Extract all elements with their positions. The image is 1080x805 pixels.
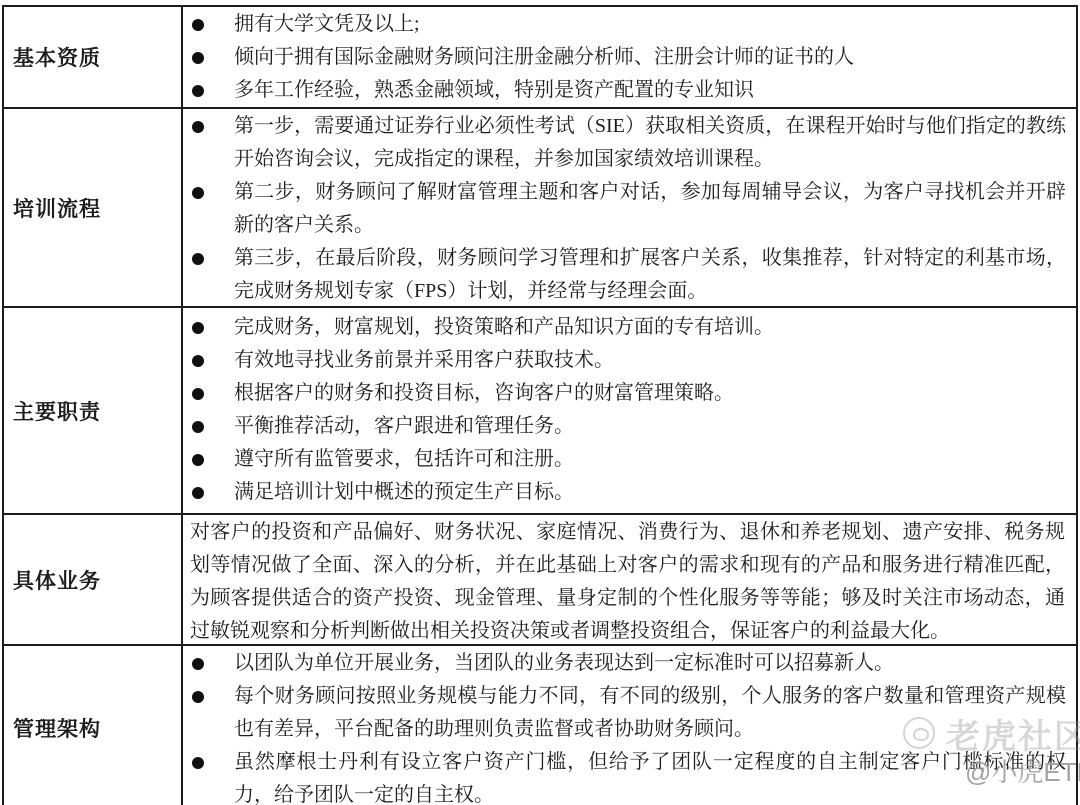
row-header: 管理架构: [4, 646, 183, 805]
bullet-list: 完成财务，财富规划，投资策略和产品知识方面的专有培训。有效地寻找业务前景并采用客…: [183, 311, 1070, 509]
bullet-icon: [192, 253, 204, 265]
list-item: 每个财务顾问按照业务规模与能力不同，有不同的级别，个人服务的客户数量和管理资产规…: [183, 680, 1070, 746]
bullet-icon: [192, 355, 204, 367]
list-item-text: 遵守所有监管要求，包括许可和注册。: [234, 448, 574, 470]
bullet-list: 拥有大学文凭及以上;倾向于拥有国际金融财务顾问注册金融分析师、注册会计师的证书的…: [183, 8, 1070, 107]
bullet-icon: [192, 658, 204, 670]
bullet-icon: [192, 487, 204, 499]
list-item-text: 满足培训计划中概述的预定生产目标。: [234, 481, 574, 503]
watermark-community-name: 老虎社区: [946, 718, 1080, 756]
list-item: 多年工作经验，熟悉金融领域，特别是资产配置的专业知识: [183, 74, 1070, 107]
bullet-icon: [192, 19, 204, 31]
row-content: 以团队为单位开展业务，当团队的业务表现达到一定标准时可以招募新人。每个财务顾问按…: [183, 646, 1076, 805]
bullet-icon: [192, 421, 204, 433]
list-item-text: 完成财务，财富规划，投资策略和产品知识方面的专有培训。: [234, 316, 774, 338]
table-row: 基本资质 拥有大学文凭及以上;倾向于拥有国际金融财务顾问注册金融分析师、注册会计…: [4, 7, 1076, 107]
list-item-text: 拥有大学文凭及以上;: [234, 13, 420, 35]
list-item: 满足培训计划中概述的预定生产目标。: [183, 476, 1070, 509]
row-paragraph: 对客户的投资和产品偏好、财务状况、家庭情况、消费行为、退休和养老规划、遗产安排、…: [183, 516, 1070, 644]
row-content: 对客户的投资和产品偏好、财务状况、家庭情况、消费行为、退休和养老规划、遗产安排、…: [183, 515, 1076, 644]
list-item: 第二步，财务顾问了解财富管理主题和客户对话，参加每周辅导会议，为客户寻找机会并开…: [183, 176, 1070, 242]
page: 基本资质 拥有大学文凭及以上;倾向于拥有国际金融财务顾问注册金融分析师、注册会计…: [0, 0, 1080, 805]
list-item-text: 多年工作经验，熟悉金融领域，特别是资产配置的专业知识: [234, 79, 754, 101]
list-item: 虽然摩根士丹利有设立客户资产门槛，但给予了团队一定程度的自主制定客户门槛标准的权…: [183, 746, 1070, 805]
list-item-text: 第一步，需要通过证券行业必须性考试（SIE）获取相关资质，在课程开始时与他们指定…: [234, 115, 1066, 170]
bullet-icon: [192, 388, 204, 400]
bullet-icon: [192, 121, 204, 133]
list-item: 拥有大学文凭及以上;: [183, 8, 1070, 41]
bullet-list: 第一步，需要通过证券行业必须性考试（SIE）获取相关资质，在课程开始时与他们指定…: [183, 110, 1070, 306]
table-row: 培训流程 第一步，需要通过证券行业必须性考试（SIE）获取相关资质，在课程开始时…: [4, 107, 1076, 306]
list-item: 有效地寻找业务前景并采用客户获取技术。: [183, 344, 1070, 377]
row-header: 主要职责: [4, 308, 183, 513]
bullet-icon: [192, 52, 204, 64]
bullet-icon: [192, 454, 204, 466]
bullet-icon: [192, 691, 204, 703]
list-item-text: 有效地寻找业务前景并采用客户获取技术。: [234, 349, 614, 371]
list-item: 以团队为单位开展业务，当团队的业务表现达到一定标准时可以招募新人。: [183, 647, 1070, 680]
list-item-text: 虽然摩根士丹利有设立客户资产门槛，但给予了团队一定程度的自主制定客户门槛标准的权…: [234, 751, 1066, 805]
list-item: 倾向于拥有国际金融财务顾问注册金融分析师、注册会计师的证书的人: [183, 41, 1070, 74]
list-item-text: 倾向于拥有国际金融财务顾问注册金融分析师、注册会计师的证书的人: [234, 46, 854, 68]
row-content: 第一步，需要通过证券行业必须性考试（SIE）获取相关资质，在课程开始时与他们指定…: [183, 109, 1076, 306]
row-header: 培训流程: [4, 109, 183, 306]
list-item: 根据客户的财务和投资目标，咨询客户的财富管理策略。: [183, 377, 1070, 410]
row-header: 具体业务: [4, 515, 183, 644]
list-item: 完成财务，财富规划，投资策略和产品知识方面的专有培训。: [183, 311, 1070, 344]
list-item: 遵守所有监管要求，包括许可和注册。: [183, 443, 1070, 476]
list-item-text: 每个财务顾问按照业务规模与能力不同，有不同的级别，个人服务的客户数量和管理资产规…: [234, 685, 1066, 740]
row-content: 完成财务，财富规划，投资策略和产品知识方面的专有培训。有效地寻找业务前景并采用客…: [183, 308, 1076, 513]
table-row: 主要职责 完成财务，财富规划，投资策略和产品知识方面的专有培训。有效地寻找业务前…: [4, 306, 1076, 513]
list-item-text: 平衡推荐活动，客户跟进和管理任务。: [234, 415, 574, 437]
list-item: 第三步，在最后阶段，财务顾问学习管理和扩展客户关系，收集推荐，针对特定的利基市场…: [183, 242, 1070, 306]
list-item-text: 以团队为单位开展业务，当团队的业务表现达到一定标准时可以招募新人。: [234, 652, 894, 674]
qualification-table: 基本资质 拥有大学文凭及以上;倾向于拥有国际金融财务顾问注册金融分析师、注册会计…: [2, 5, 1078, 805]
table-row: 具体业务 对客户的投资和产品偏好、财务状况、家庭情况、消费行为、退休和养老规划、…: [4, 513, 1076, 644]
list-item-text: 根据客户的财务和投资目标，咨询客户的财富管理策略。: [234, 382, 734, 404]
row-header: 基本资质: [4, 7, 183, 107]
bullet-icon: [192, 322, 204, 334]
list-item-text: 第二步，财务顾问了解财富管理主题和客户对话，参加每周辅导会议，为客户寻找机会并开…: [234, 181, 1066, 236]
list-item: 第一步，需要通过证券行业必须性考试（SIE）获取相关资质，在课程开始时与他们指定…: [183, 110, 1070, 176]
list-item-text: 第三步，在最后阶段，财务顾问学习管理和扩展客户关系，收集推荐，针对特定的利基市场…: [234, 247, 1066, 302]
bullet-icon: [192, 757, 204, 769]
watermark-author-handle: @小虎ETF: [965, 757, 1080, 787]
list-item: 平衡推荐活动，客户跟进和管理任务。: [183, 410, 1070, 443]
row-content: 拥有大学文凭及以上;倾向于拥有国际金融财务顾问注册金融分析师、注册会计师的证书的…: [183, 7, 1076, 107]
bullet-list: 以团队为单位开展业务，当团队的业务表现达到一定标准时可以招募新人。每个财务顾问按…: [183, 647, 1070, 805]
tiger-community-logo-icon: [903, 717, 935, 749]
bullet-icon: [192, 187, 204, 199]
bullet-icon: [192, 85, 204, 97]
